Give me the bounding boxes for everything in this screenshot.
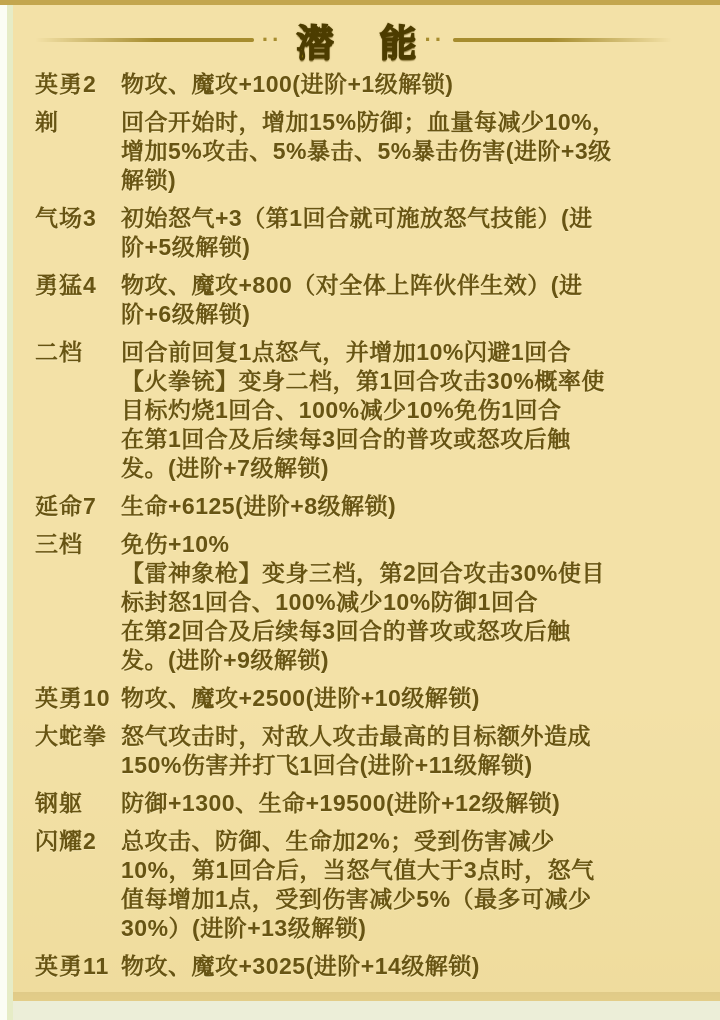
title-dots-right-decoration: ·· <box>425 29 446 51</box>
skill-desc: 总攻击、防御、生命加2%；受到伤害减少 10%，第1回合后，当怒气值大于3点时，… <box>121 827 672 943</box>
skill-row: 二档 回合前回复1点怒气，并增加10%闪避1回合 【火拳铳】变身二档，第1回合攻… <box>35 338 672 483</box>
skill-name: 英勇2 <box>35 70 121 99</box>
skill-desc: 物攻、魔攻+2500(进阶+10级解锁) <box>121 684 672 713</box>
skill-desc: 回合开始时，增加15%防御；血量每减少10%， 增加5%攻击、5%暴击、5%暴击… <box>121 108 672 195</box>
potential-title-bar: ·· 潜能 ·· <box>35 15 672 65</box>
skill-desc: 生命+6125(进阶+8级解锁) <box>121 492 672 521</box>
skill-name: 英勇11 <box>35 952 121 981</box>
skill-desc: 物攻、魔攻+100(进阶+1级解锁) <box>121 70 672 99</box>
skill-name: 闪耀2 <box>35 827 121 943</box>
skill-row: 闪耀2 总攻击、防御、生命加2%；受到伤害减少 10%，第1回合后，当怒气值大于… <box>35 827 672 943</box>
panel-top-edge-decoration <box>0 0 720 5</box>
skill-row: 三档 免伤+10% 【雷神象枪】变身三档，第2回合攻击30%使目 标封怒1回合、… <box>35 530 672 675</box>
skill-name: 大蛇拳 <box>35 722 121 780</box>
skill-desc: 防御+1300、生命+19500(进阶+12级解锁) <box>121 789 672 818</box>
skill-name: 三档 <box>35 530 121 675</box>
skill-row: 剃 回合开始时，增加15%防御；血量每减少10%， 增加5%攻击、5%暴击、5%… <box>35 108 672 195</box>
skill-row: 大蛇拳 怒气攻击时，对敌人攻击最高的目标额外造成 150%伤害并打飞1回合(进阶… <box>35 722 672 780</box>
skill-row: 钢躯 防御+1300、生命+19500(进阶+12级解锁) <box>35 789 672 818</box>
title-dots-left-decoration: ·· <box>262 29 283 51</box>
skill-name: 英勇10 <box>35 684 121 713</box>
skill-row: 英勇11 物攻、魔攻+3025(进阶+14级解锁) <box>35 952 672 981</box>
title-rule-left-decoration <box>35 38 254 42</box>
skill-row: 延命7 生命+6125(进阶+8级解锁) <box>35 492 672 521</box>
skill-desc: 免伤+10% 【雷神象枪】变身三档，第2回合攻击30%使目 标封怒1回合、100… <box>121 530 672 675</box>
skill-desc: 物攻、魔攻+3025(进阶+14级解锁) <box>121 952 672 981</box>
game-screen: ·· 潜能 ·· 英勇2 物攻、魔攻+100(进阶+1级解锁) 剃 回合开始时，… <box>0 0 720 1020</box>
skill-name: 剃 <box>35 108 121 195</box>
skill-name: 勇猛4 <box>35 271 121 329</box>
skill-row: 勇猛4 物攻、魔攻+800（对全体上阵伙伴生效）(进 阶+6级解锁) <box>35 271 672 329</box>
skill-row: 英勇10 物攻、魔攻+2500(进阶+10级解锁) <box>35 684 672 713</box>
title-rule-right-decoration <box>453 38 672 42</box>
skill-desc: 怒气攻击时，对敌人攻击最高的目标额外造成 150%伤害并打飞1回合(进阶+11级… <box>121 722 672 780</box>
skill-row: 气场3 初始怒气+3（第1回合就可施放怒气技能）(进 阶+5级解锁) <box>35 204 672 262</box>
skill-name: 气场3 <box>35 204 121 262</box>
potential-panel: ·· 潜能 ·· 英勇2 物攻、魔攻+100(进阶+1级解锁) 剃 回合开始时，… <box>13 5 720 1001</box>
skill-desc: 初始怒气+3（第1回合就可施放怒气技能）(进 阶+5级解锁) <box>121 204 672 262</box>
skill-desc: 回合前回复1点怒气，并增加10%闪避1回合 【火拳铳】变身二档，第1回合攻击30… <box>121 338 672 483</box>
skill-name: 二档 <box>35 338 121 483</box>
skill-row: 英勇2 物攻、魔攻+100(进阶+1级解锁) <box>35 70 672 99</box>
skill-desc: 物攻、魔攻+800（对全体上阵伙伴生效）(进 阶+6级解锁) <box>121 271 672 329</box>
potential-skill-list[interactable]: 英勇2 物攻、魔攻+100(进阶+1级解锁) 剃 回合开始时，增加15%防御；血… <box>35 70 672 981</box>
left-edge-strip-decoration <box>0 5 13 1020</box>
skill-name: 延命7 <box>35 492 121 521</box>
skill-name: 钢躯 <box>35 789 121 818</box>
